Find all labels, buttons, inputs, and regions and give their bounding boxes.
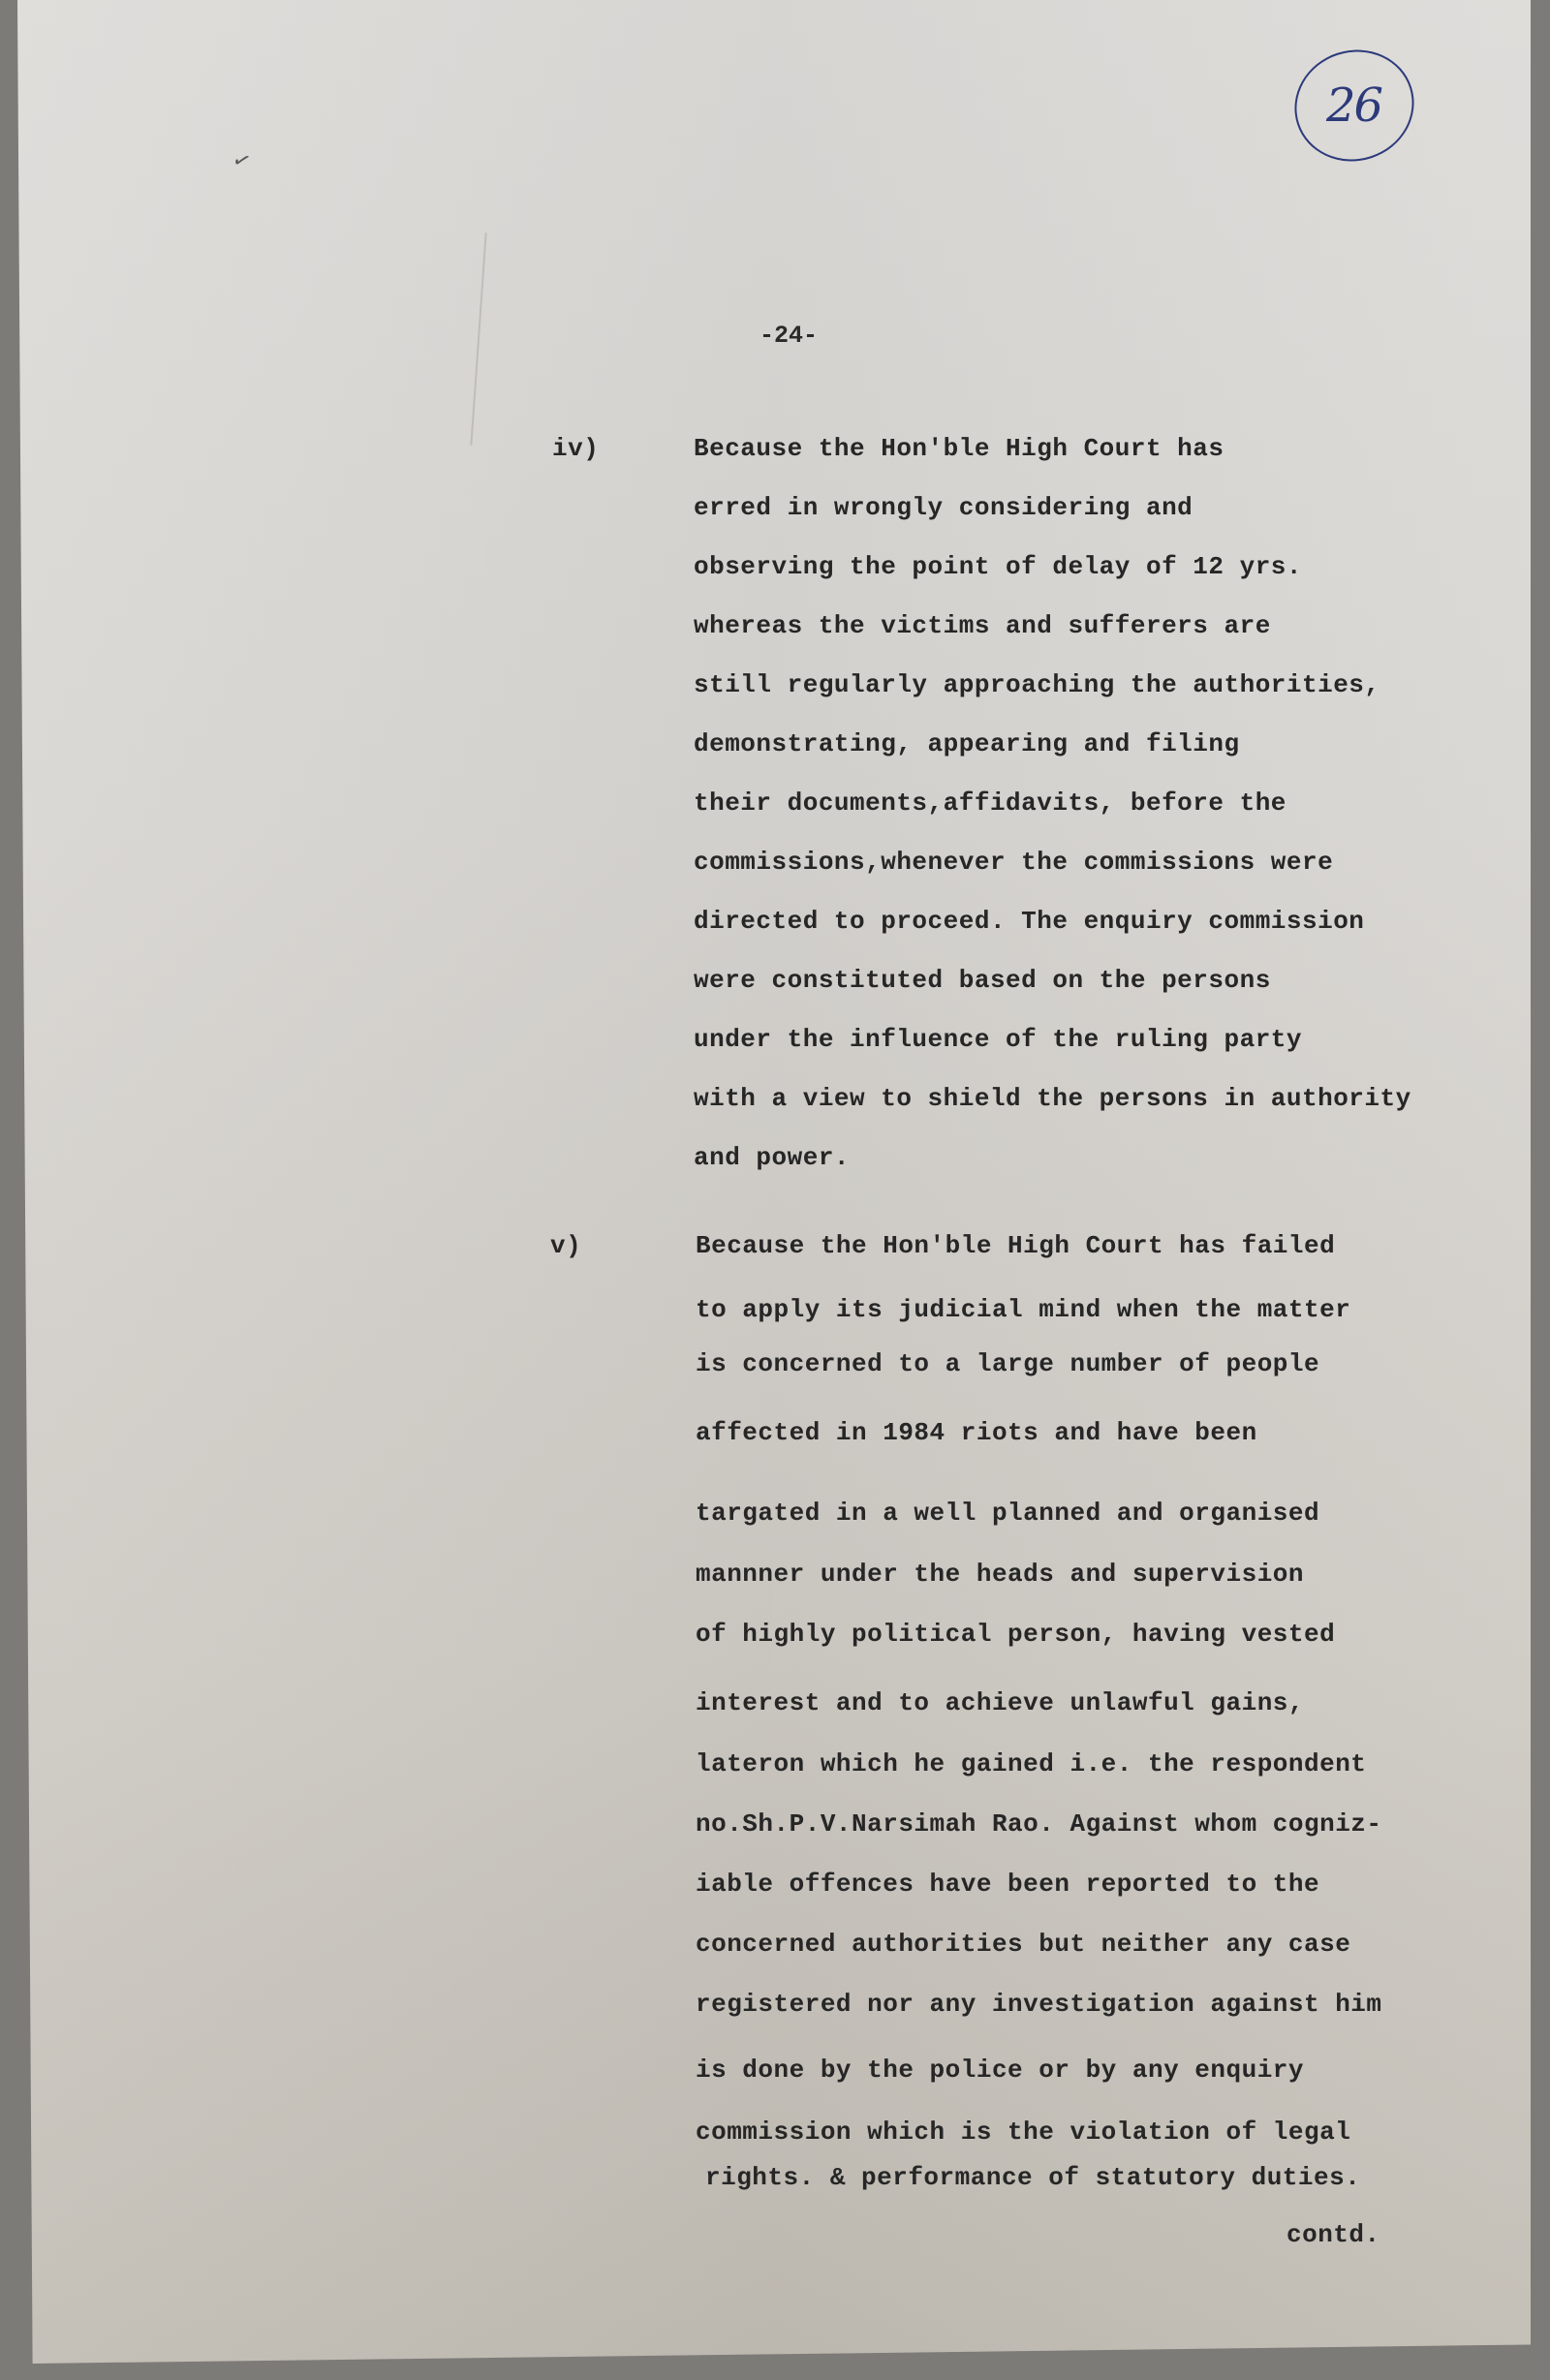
paragraph-line: commission which is the violation of leg…	[696, 2117, 1350, 2147]
paragraph-line: of highly political person, having veste…	[696, 1620, 1335, 1649]
paragraph-line: Because the Hon'ble High Court has faile…	[696, 1231, 1335, 1260]
paragraph-line: rights. & performance of statutory dutie…	[705, 2163, 1360, 2192]
paragraph-line: and power.	[694, 1143, 850, 1172]
paragraph-label-iv: iv)	[552, 434, 599, 463]
paragraph-line: demonstrating, appearing and filing	[694, 729, 1240, 758]
paragraph-line: their documents,affidavits, before the	[694, 788, 1286, 818]
pencil-tick-mark-icon: ✓	[229, 147, 254, 176]
document-page: ✓ 26 -24- iv) Because the Hon'ble High C…	[17, 0, 1531, 2364]
paragraph-line: is concerned to a large number of people	[696, 1349, 1319, 1378]
handwritten-page-number-text: 26	[1326, 78, 1381, 133]
paragraph-line: observing the point of delay of 12 yrs.	[694, 552, 1302, 581]
paragraph-line: under the influence of the ruling party	[694, 1025, 1302, 1054]
paragraph-line: commissions,whenever the commissions wer…	[694, 848, 1333, 877]
paragraph-line: concerned authorities but neither any ca…	[696, 1930, 1350, 1959]
paragraph-label-v: v)	[550, 1231, 581, 1260]
paragraph-line: targated in a well planned and organised	[696, 1499, 1319, 1528]
paragraph-line: whereas the victims and sufferers are	[694, 611, 1271, 640]
paragraph-line: is done by the police or by any enquiry	[696, 2055, 1304, 2085]
paragraph-line: lateron which he gained i.e. the respond…	[696, 1749, 1366, 1778]
paragraph-line: mannner under the heads and supervision	[696, 1560, 1304, 1589]
paper-fold-mark	[470, 232, 486, 446]
paragraph-line: affected in 1984 riots and have been	[696, 1418, 1257, 1447]
paragraph-line: iable offences have been reported to the	[696, 1870, 1319, 1899]
paragraph-line: to apply its judicial mind when the matt…	[696, 1295, 1350, 1324]
paragraph-line: still regularly approaching the authorit…	[694, 670, 1380, 699]
paragraph-line: Because the Hon'ble High Court has	[694, 434, 1224, 463]
paragraph-line: with a view to shield the persons in aut…	[694, 1084, 1411, 1113]
handwritten-page-number: 26	[1280, 35, 1428, 177]
paragraph-line: interest and to achieve unlawful gains,	[696, 1688, 1304, 1717]
paragraph-line: erred in wrongly considering and	[694, 493, 1193, 522]
paragraph-line: were constituted based on the persons	[694, 966, 1271, 995]
paragraph-line: registered nor any investigation against…	[696, 1990, 1382, 2019]
paragraph-line: no.Sh.P.V.Narsimah Rao. Against whom cog…	[696, 1809, 1382, 1839]
continued-note: contd.	[1286, 2220, 1380, 2249]
page-number: -24-	[759, 322, 818, 350]
paragraph-line: directed to proceed. The enquiry commiss…	[694, 907, 1364, 936]
